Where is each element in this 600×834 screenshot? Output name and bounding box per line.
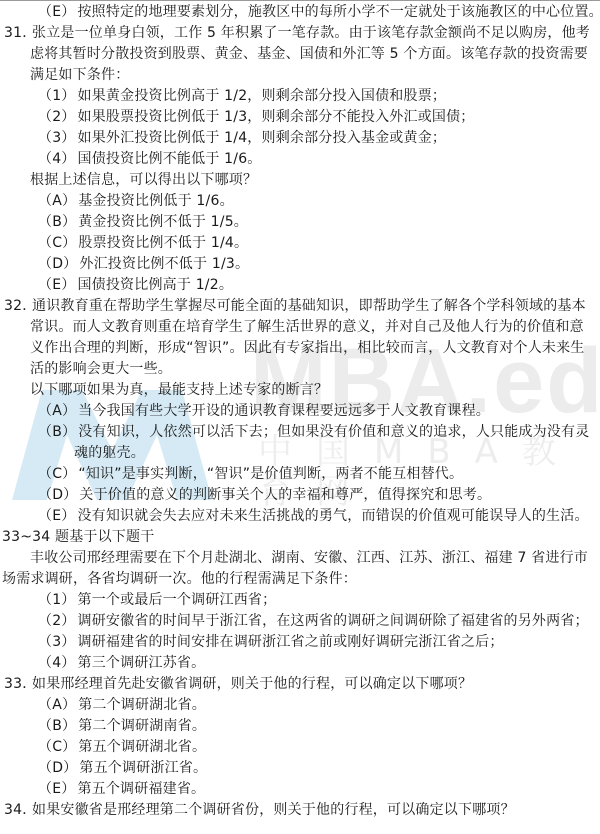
answer-option-e: （E）国债投资比例高于 1/2。 [0,275,600,296]
condition-text: 如果黄金投资比例高于 1/2，则剩余部分投入国债和股票； [78,88,447,104]
answer-option-c: （C）“知识”是事实判断，“智识”是价值判断，两者不能互相替代。 [0,464,600,485]
option-label: （B） [38,422,76,443]
option-text: 第五个调研浙江省。 [79,760,207,776]
question-prompt: 以下哪项如果为真，最能支持上述专家的断言？ [0,380,600,401]
answer-option-a: （A）基金投资比例低于 1/6。 [0,191,600,212]
option-text: “知识”是事实判断，“智识”是价值判断，两者不能互相替代。 [78,466,463,482]
answer-option-a: （A）当今我国有些大学开设的通识教育课程要远远多于人文教育课程。 [0,401,600,422]
condition-item: （4）国债投资比例不能低于 1/6。 [0,149,600,170]
question-text: 如果安徽省是邢经理第二个调研省份，则关于他的行程，可以确定以下哪项？ [32,802,515,818]
condition-item: （2）如果股票投资比例低于 1/3，则剩余部分不能投入外汇或国债； [0,107,600,128]
condition-text: 调研福建省的时间安排在调研浙江省之前或刚好调研完浙江省之后； [78,634,504,650]
option-label: （A） [38,401,76,422]
answer-option-d: （D）外汇投资比例不低于 1/3。 [0,254,600,275]
question-stem-line: 活的影响会更大一些。 [0,359,600,380]
option-text: 第二个调研湖南省。 [78,718,206,734]
option-label: （C） [38,464,76,485]
option-label: （C） [38,233,76,254]
question-stem-line: 虑将其暂时分散投资到股票、黄金、基金、国债和外汇等 5 个方面。该笔存款的投资需… [0,44,600,65]
condition-text: 第三个调研江苏省。 [78,655,206,671]
option-text: 第五个调研福建省。 [77,781,205,797]
stem-text: 义作出合理的判断，形成“智识”。因此有专家指出，相比较而言，人文教育对个人未来生 [30,340,585,356]
stem-text: 张立是一位单身白领，工作 5 年积累了一笔存款。由于该笔存款金额尚不足以购房，他… [32,25,590,41]
condition-item: （1）如果黄金投资比例高于 1/2，则剩余部分投入国债和股票； [0,86,600,107]
option-label: （A） [38,695,76,716]
answer-option-a: （A）第二个调研湖北省。 [0,695,600,716]
stem-text: 常识。而人文教育则重在培育学生了解生活世界的意义，并对自己及他人行为的价值和意 [30,319,584,335]
condition-label: （3） [38,128,76,149]
exam-page: （E）按照特定的地理要素划分，施教区中的每所小学不一定就处于该施教区的中心位置。… [0,2,600,821]
condition-label: （2） [38,611,76,632]
condition-item: （3）调研福建省的时间安排在调研浙江省之前或刚好调研完浙江省之后； [0,632,600,653]
option-label: （D） [38,485,77,506]
answer-option-e: （E）第五个调研福建省。 [0,779,600,800]
condition-text: 国债投资比例不能低于 1/6。 [78,151,262,167]
condition-text: 如果外汇投资比例低于 1/4，则剩余部分投入基金或黄金； [78,130,447,146]
condition-item: （3）如果外汇投资比例低于 1/4，则剩余部分投入基金或黄金； [0,128,600,149]
option-text: 黄金投资比例不低于 1/5。 [78,214,248,230]
question-prompt: 33．如果邢经理首先赴安徽省调研，则关于他的行程，可以确定以下哪项？ [0,674,600,695]
condition-text: 第一个或最后一个调研江西省； [78,592,277,608]
stem-text: 通识教育重在帮助学生掌握尽可能全面的基础知识，即帮助学生了解各个学科领域的基本 [32,298,586,314]
option-label: （E） [38,2,75,23]
group-stem-line: 场需求调研，各省均调研一次。他的行程需满足下条件： [0,569,600,590]
condition-text: 如果股票投资比例低于 1/3，则剩余部分不能投入外汇或国债； [78,109,475,125]
option-text: 关于价值的意义的判断事关个人的幸福和尊严，值得探究和思考。 [79,487,491,503]
option-label: （E） [38,779,75,800]
option-label: （D） [38,254,77,275]
option-text: 股票投资比例不低于 1/4。 [78,235,248,251]
option-label: （C） [38,737,76,758]
condition-label: （2） [38,107,76,128]
option-text: 基金投资比例低于 1/6。 [78,193,234,209]
option-text: 第五个调研湖北省。 [78,739,206,755]
answer-option-b: （B）没有知识，人依然可以活下去；但如果没有价值和意义的追求，人只能成为没有灵 [0,422,600,443]
option-label: （E） [38,275,75,296]
answer-option-d: （D）第五个调研浙江省。 [0,758,600,779]
option-label: （D） [38,758,77,779]
top-rule [0,0,600,1]
option-text: 第二个调研湖北省。 [78,697,206,713]
question-prompt: 34．如果安徽省是邢经理第二个调研省份，则关于他的行程，可以确定以下哪项？ [0,800,600,821]
condition-label: （1） [38,86,76,107]
question-stem-line: 满足如下条件： [0,65,600,86]
question-text: 如果邢经理首先赴安徽省调研，则关于他的行程，可以确定以下哪项？ [32,676,472,692]
question-group-33-34: 33~34 题基于以下题干 丰收公司邢经理需要在下个月赴湖北、湖南、安徽、江西、… [0,527,600,674]
condition-label: （4） [38,149,76,170]
answer-option-b: （B）黄金投资比例不低于 1/5。 [0,212,600,233]
group-stem-line: 丰收公司邢经理需要在下个月赴湖北、湖南、安徽、江西、江苏、浙江、福建 7 省进行… [0,548,600,569]
condition-item: （1）第一个或最后一个调研江西省； [0,590,600,611]
question-number: 33． [2,674,32,695]
option-label: （B） [38,212,76,233]
option-label: （B） [38,716,76,737]
question-stem-line: 31．张立是一位单身白领，工作 5 年积累了一笔存款。由于该笔存款金额尚不足以购… [0,23,600,44]
stem-text: 虑将其暂时分散投资到股票、黄金、基金、国债和外汇等 5 个方面。该笔存款的投资需… [30,46,588,62]
condition-text: 调研安徽省的时间早于浙江省，在这两省的调研之间调研除了福建省的另外两省； [78,613,589,629]
prev-option-e: （E）按照特定的地理要素划分，施教区中的每所小学不一定就处于该施教区的中心位置。 [0,2,600,23]
condition-item: （2）调研安徽省的时间早于浙江省，在这两省的调研之间调研除了福建省的另外两省； [0,611,600,632]
question-31: 31．张立是一位单身白领，工作 5 年积累了一笔存款。由于该笔存款金额尚不足以购… [0,23,600,296]
question-number: 32． [2,296,32,317]
option-text: 当今我国有些大学开设的通识教育课程要远远多于人文教育课程。 [78,403,490,419]
option-text: 国债投资比例高于 1/2。 [77,277,233,293]
option-text: 没有知识就会失去应对未来生活挑战的勇气，而错误的价值观可能误导人的生活。 [77,508,588,524]
answer-option-c: （C）股票投资比例不低于 1/4。 [0,233,600,254]
answer-option-c: （C）第五个调研湖北省。 [0,737,600,758]
condition-item: （4）第三个调研江苏省。 [0,653,600,674]
group-heading: 33~34 题基于以下题干 [0,527,600,548]
question-number: 31． [2,23,32,44]
answer-option-b: （B）第二个调研湖南省。 [0,716,600,737]
option-text: 外汇投资比例不低于 1/3。 [79,256,249,272]
answer-option-d: （D）关于价值的意义的判断事关个人的幸福和尊严，值得探究和思考。 [0,485,600,506]
option-label: （E） [38,506,75,527]
stem-text: 满足如下条件： [30,67,129,83]
stem-text: 活的影响会更大一些。 [30,361,172,377]
question-stem-line: 32．通识教育重在帮助学生掌握尽可能全面的基础知识，即帮助学生了解各个学科领域的… [0,296,600,317]
condition-label: （4） [38,653,76,674]
option-label: （A） [38,191,76,212]
condition-label: （1） [38,590,76,611]
question-prompt: 根据上述信息，可以得出以下哪项？ [0,170,600,191]
question-32: 32．通识教育重在帮助学生掌握尽可能全面的基础知识，即帮助学生了解各个学科领域的… [0,296,600,527]
question-stem-line: 常识。而人文教育则重在培育学生了解生活世界的意义，并对自己及他人行为的价值和意 [0,317,600,338]
question-stem-line: 义作出合理的判断，形成“智识”。因此有专家指出，相比较而言，人文教育对个人未来生 [0,338,600,359]
option-text: 没有知识，人依然可以活下去；但如果没有价值和意义的追求，人只能成为没有灵 [78,424,589,440]
question-33: 33．如果邢经理首先赴安徽省调研，则关于他的行程，可以确定以下哪项？ （A）第二… [0,674,600,800]
question-34: 34．如果安徽省是邢经理第二个调研省份，则关于他的行程，可以确定以下哪项？ [0,800,600,821]
answer-option-e: （E）没有知识就会失去应对未来生活挑战的勇气，而错误的价值观可能误导人的生活。 [0,506,600,527]
answer-option-b-continuation: 魂的躯壳。 [0,443,600,464]
question-number: 34． [2,800,32,821]
option-text: 按照特定的地理要素划分，施教区中的每所小学不一定就处于该施教区的中心位置。 [77,4,600,20]
condition-label: （3） [38,632,76,653]
